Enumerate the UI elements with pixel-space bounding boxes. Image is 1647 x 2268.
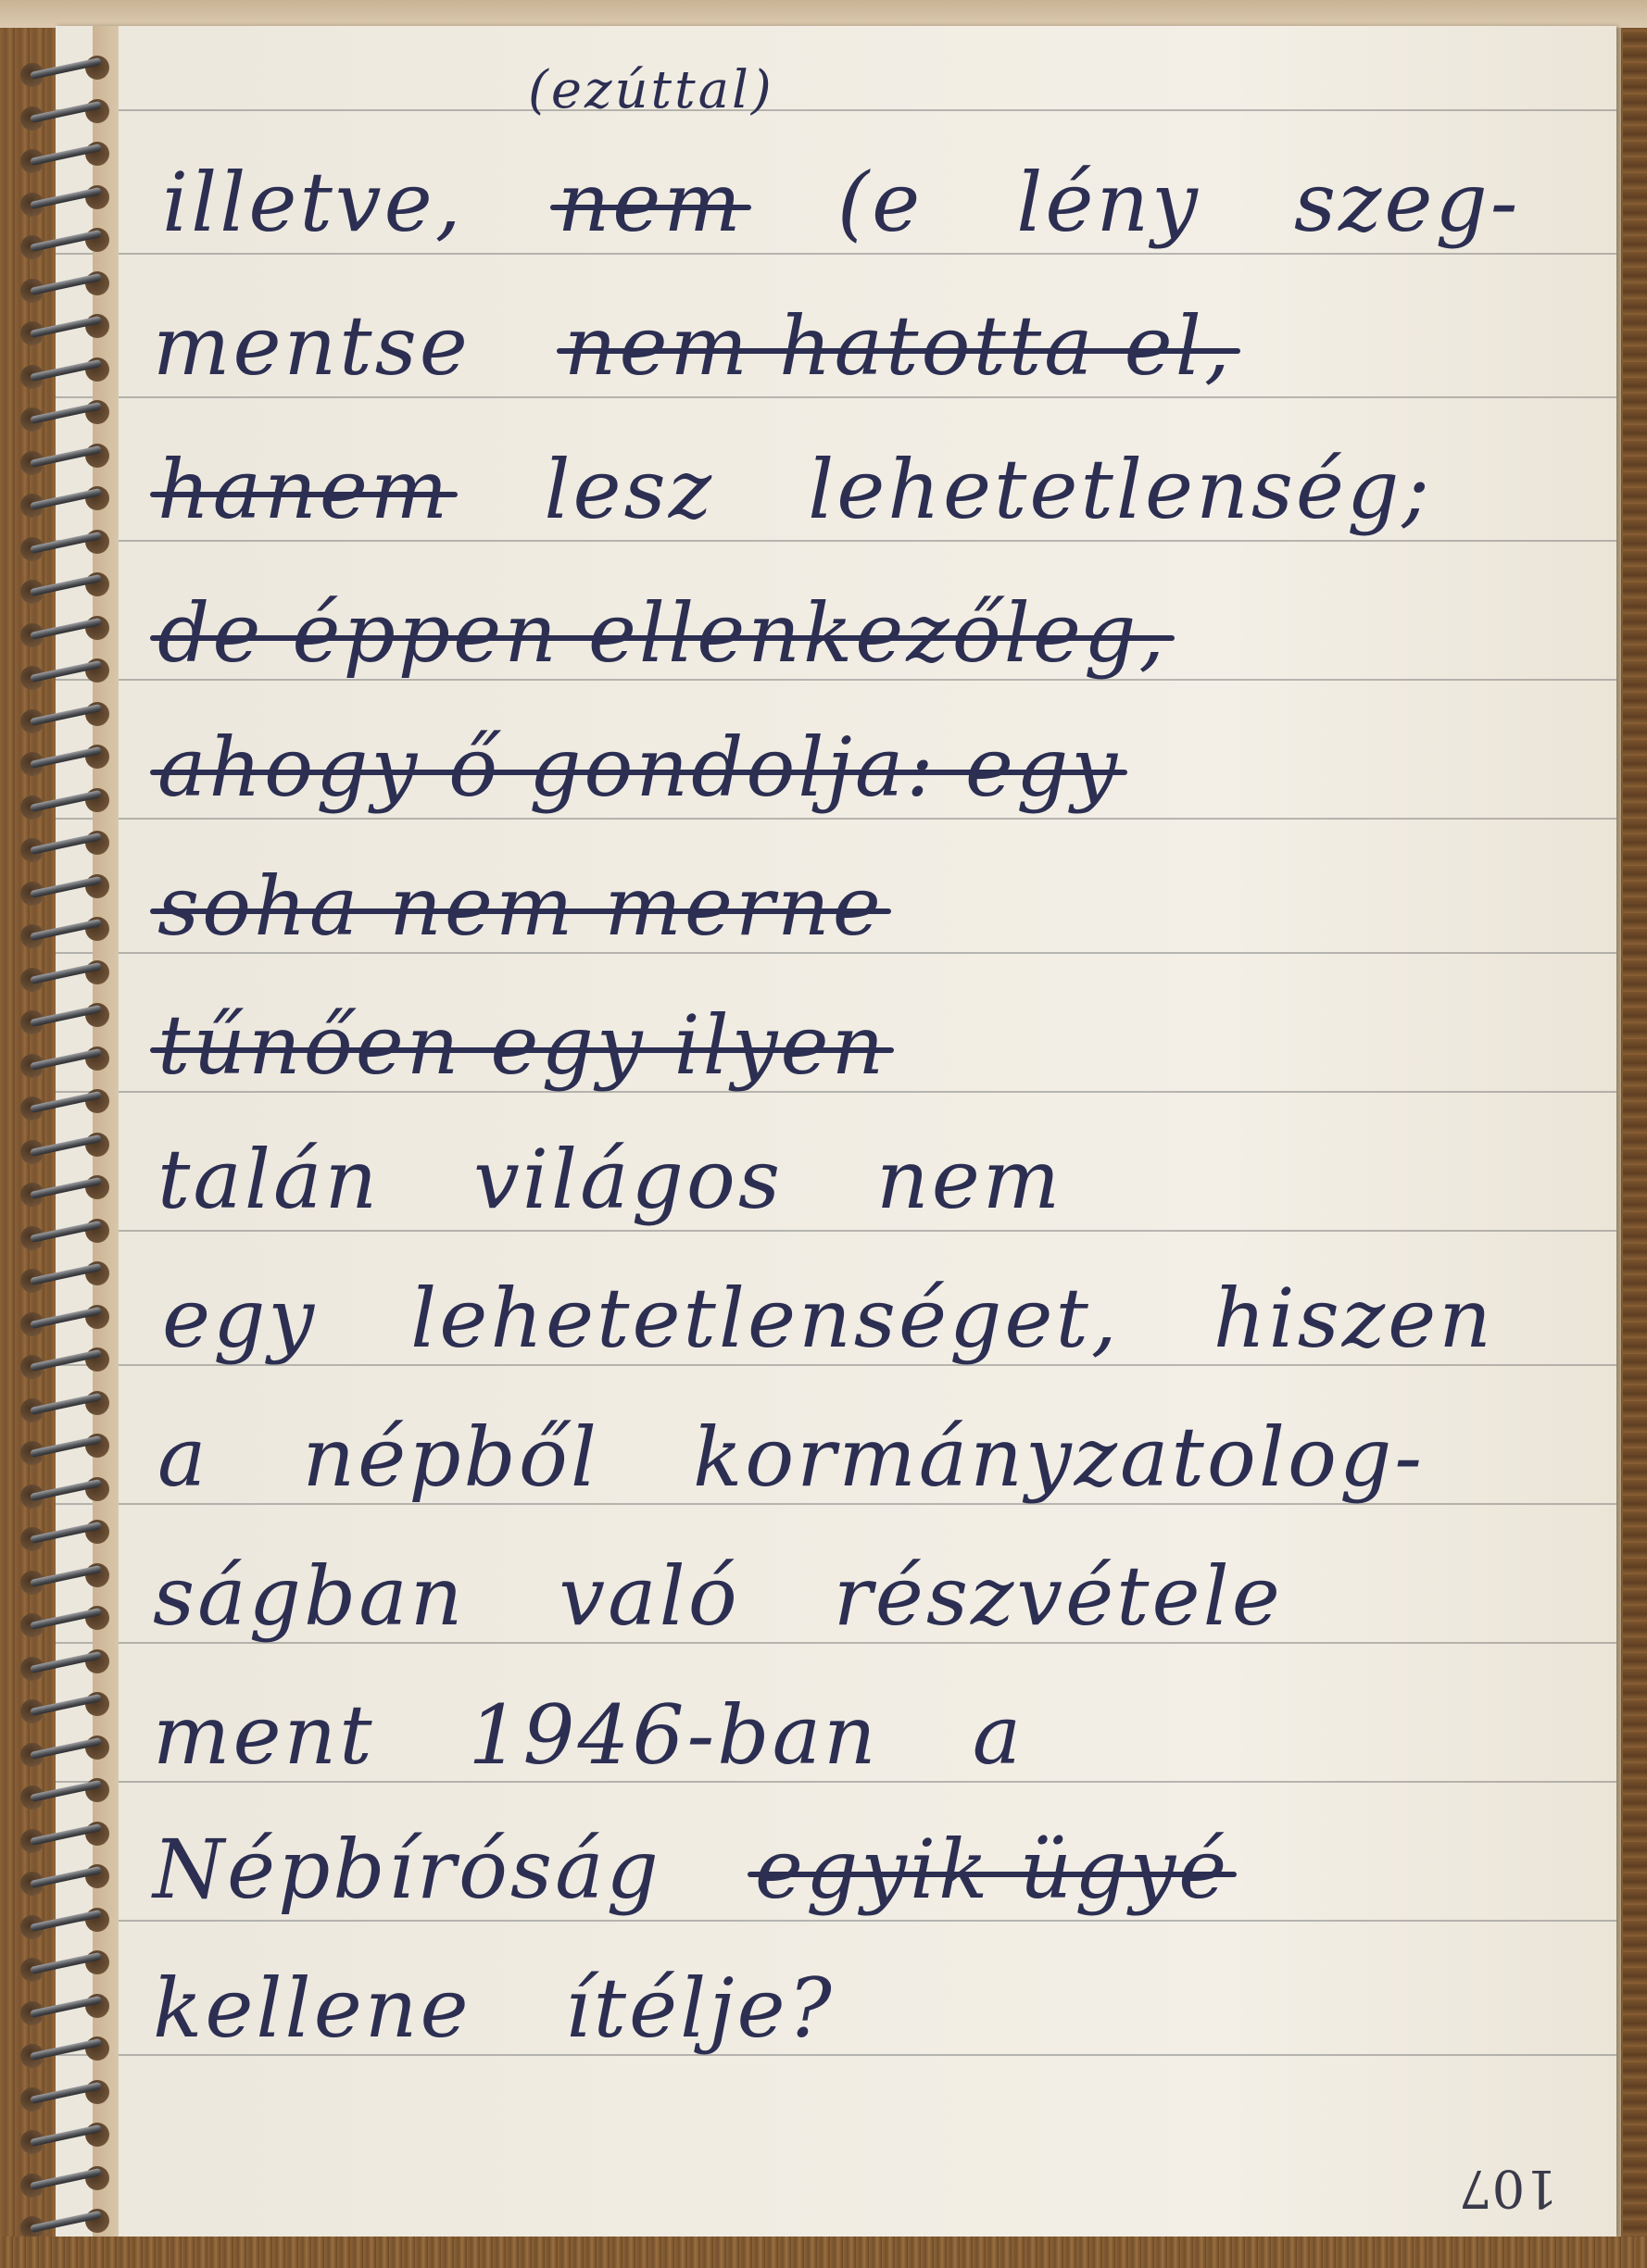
ruled-line [56,1920,1616,1922]
wood-table-edge-right [1623,0,1647,2268]
spiral-coil [20,1864,113,1896]
spiral-coil [20,745,113,776]
spiral-coil [20,271,113,303]
spiral-coil [20,2166,113,2198]
spiral-coil [20,2036,113,2068]
spiral-coil [20,1046,113,1078]
spiral-coil [20,56,113,87]
spiral-coil [20,99,113,131]
handwritten-line-5: ahogy ő gondolja: egy [157,727,1185,808]
handwritten-line-3: hanem lesz lehetetlenség; [157,449,1497,531]
spiral-coil [20,1950,113,1982]
wood-table-edge-bottom [0,2237,1647,2268]
spiral-coil [20,658,113,690]
spiral-coil [20,917,113,948]
spiral-coil [20,142,113,173]
spiral-coil [20,1908,113,1939]
handwritten-line-7: tűnően egy ilyen [157,1005,951,1086]
spiral-coil [20,314,113,345]
ruled-line [56,540,1616,542]
spiral-coil [20,2123,113,2154]
handwritten-line-12: ment 1946-ban a [153,1695,1088,1776]
spiral-coil [20,1175,113,1207]
spiral-coil [20,1133,113,1164]
handwritten-insertion: (ezúttal) [528,65,839,117]
spiral-coil [20,960,113,992]
spiral-coil [20,1778,113,1810]
spiral-coil [20,1692,113,1723]
handwritten-line-13: Népbíróság egyik ügyé [153,1829,1294,1911]
spiral-coil [20,1994,113,2025]
spiral-coil [20,1003,113,1034]
spiral-coil [20,1347,113,1379]
torn-page-remnant [0,0,1647,28]
spiral-coil [20,616,113,647]
spiral-coil [20,1735,113,1767]
spiral-coil [20,357,113,389]
handwritten-line-11: ságban való részvétele [153,1556,1348,1637]
spiral-coil [20,1822,113,1853]
handwritten-line-4: de éppen ellenkezőleg, [157,593,1232,674]
spiral-coil [20,1391,113,1422]
spiral-coil [20,400,113,432]
spiral-coil [20,444,113,475]
ruled-line [56,253,1616,255]
spiral-coil [20,874,113,906]
handwritten-line-1: illetve, nem (e lény szeg- [162,162,1586,244]
handwritten-line-8: talán világos nem [157,1139,1127,1221]
spiral-coil [20,1563,113,1595]
spiral-coil [20,2080,113,2111]
spiral-coil [20,1261,113,1293]
spiral-coil [20,1219,113,1250]
page-number: 107 [1459,2158,1558,2218]
spiral-coil [20,2209,113,2240]
spiral-coil [20,1089,113,1121]
spiral-coil [20,1477,113,1509]
spiral-coil [20,1649,113,1681]
spiral-coil [20,1606,113,1637]
handwritten-line-2: mentse nem hatotta el, [153,306,1298,387]
handwritten-line-6: soha nem merne [157,866,949,947]
spiral-coil [20,788,113,820]
ruled-line [56,1230,1616,1232]
spiral-coil [20,1520,113,1551]
spiral-coil [20,702,113,733]
handwritten-line-9: egy lehetetlenséget, hiszen [162,1278,1559,1360]
spiral-coil [20,486,113,518]
handwritten-line-14: kellene ítélje? [153,1968,899,2049]
spiral-coil [20,1434,113,1465]
spiral-coil [20,530,113,561]
ruled-line [56,396,1616,398]
spiral-coil [20,185,113,217]
spiral-coil [20,1305,113,1336]
spiral-coil [20,572,113,604]
ruled-line [56,818,1616,820]
handwritten-line-10: a népből kormányzatolog- [157,1417,1490,1498]
spiral-coil [20,831,113,862]
spiral-coil [20,228,113,259]
